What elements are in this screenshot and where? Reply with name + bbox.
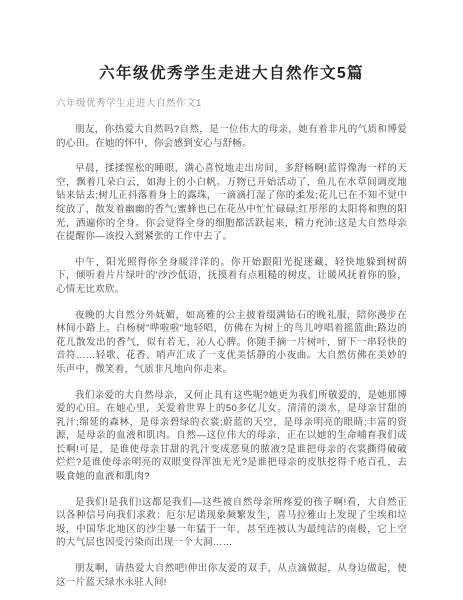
section-heading: 六年级优秀学生走进大自然作文1 xyxy=(56,98,407,110)
essay-paragraph: 中午，阳光照得你全身暖洋洋的。你开始跟阳光捉迷藏，轻快地躲到树荫下，倾听着片片绿… xyxy=(56,256,407,297)
essay-paragraph: 朋友，你热爱大自然吗?自然，是一位伟大的母亲，她有着非凡的气质和博爱的心田。在她… xyxy=(56,123,407,150)
page-title: 六年级优秀学生走进大自然作文5篇 xyxy=(56,64,407,84)
essay-paragraph: 早晨，揉揉惺松的睡眼，满心喜悦地走出房间，多舒畅啊!蓝得像海一样的天空，飘着几朵… xyxy=(56,162,407,244)
essay-paragraph: 我们亲爱的大自然母亲，又何止具有这些呢?她更为我们所敬爱的，是她那博爱的心田。在… xyxy=(56,389,407,484)
essay-paragraph: 是我们!是我们!这都是我们—这些被自然母亲所疼爱的孩子啊!看，大自然正以各种信号… xyxy=(56,496,407,550)
essay-body: 朋友，你热爱大自然吗?自然，是一位伟大的母亲，她有着非凡的气质和博爱的心田。在她… xyxy=(56,123,407,589)
essay-paragraph: 夜晚的大自然分外妩媚，如高雅的公主披着缀满钻石的晚礼服，陪你漫步在林间小路上。白… xyxy=(56,309,407,377)
document-page: 六年级优秀学生走进大自然作文5篇 六年级优秀学生走进大自然作文1 朋友，你热爱大… xyxy=(0,0,463,600)
essay-paragraph: 朋友啊，请热爱大自然吧!伸出你友爱的双手，从点滴做起，从身边做起，使这一片蓝天绿… xyxy=(56,562,407,589)
